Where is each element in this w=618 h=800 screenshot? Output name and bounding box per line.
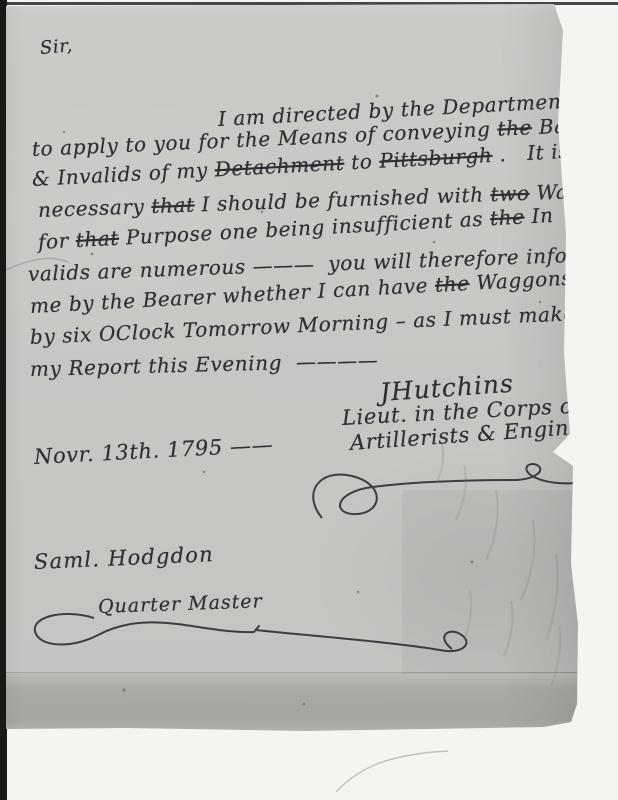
- struck-word: two: [490, 181, 530, 206]
- struck-word: Detachment: [214, 151, 345, 182]
- scan-background: Sir, I am directed by the Department of …: [0, 0, 618, 800]
- struck-word: that: [75, 226, 119, 252]
- letter-text: my Report this Evening ————: [30, 348, 379, 381]
- struck-word: the: [434, 271, 470, 297]
- letter-text: Waggons: [529, 177, 618, 205]
- struck-word: that: [151, 193, 195, 218]
- letter-text: . It is: [492, 139, 570, 167]
- letter-text: Waggons: [469, 266, 573, 295]
- struck-word: the: [489, 205, 525, 231]
- letter-page: Sir, I am directed by the Department of …: [6, 4, 580, 731]
- letter-text: In: [524, 203, 554, 228]
- letter-text: & Invalids of my: [31, 157, 215, 191]
- letter-text: to: [344, 149, 380, 175]
- letter-text: necessary: [38, 194, 152, 222]
- letter-line: my Report this Evening ————: [30, 348, 379, 381]
- letter-text: for: [37, 228, 76, 254]
- letter-body: I am directed by the Department of Warto…: [6, 4, 580, 731]
- struck-word: the: [497, 115, 533, 140]
- letter-text: Baggage: [531, 111, 618, 139]
- scanner-edge-left: [0, 0, 7, 800]
- struck-word: Pittsburgh: [379, 143, 493, 173]
